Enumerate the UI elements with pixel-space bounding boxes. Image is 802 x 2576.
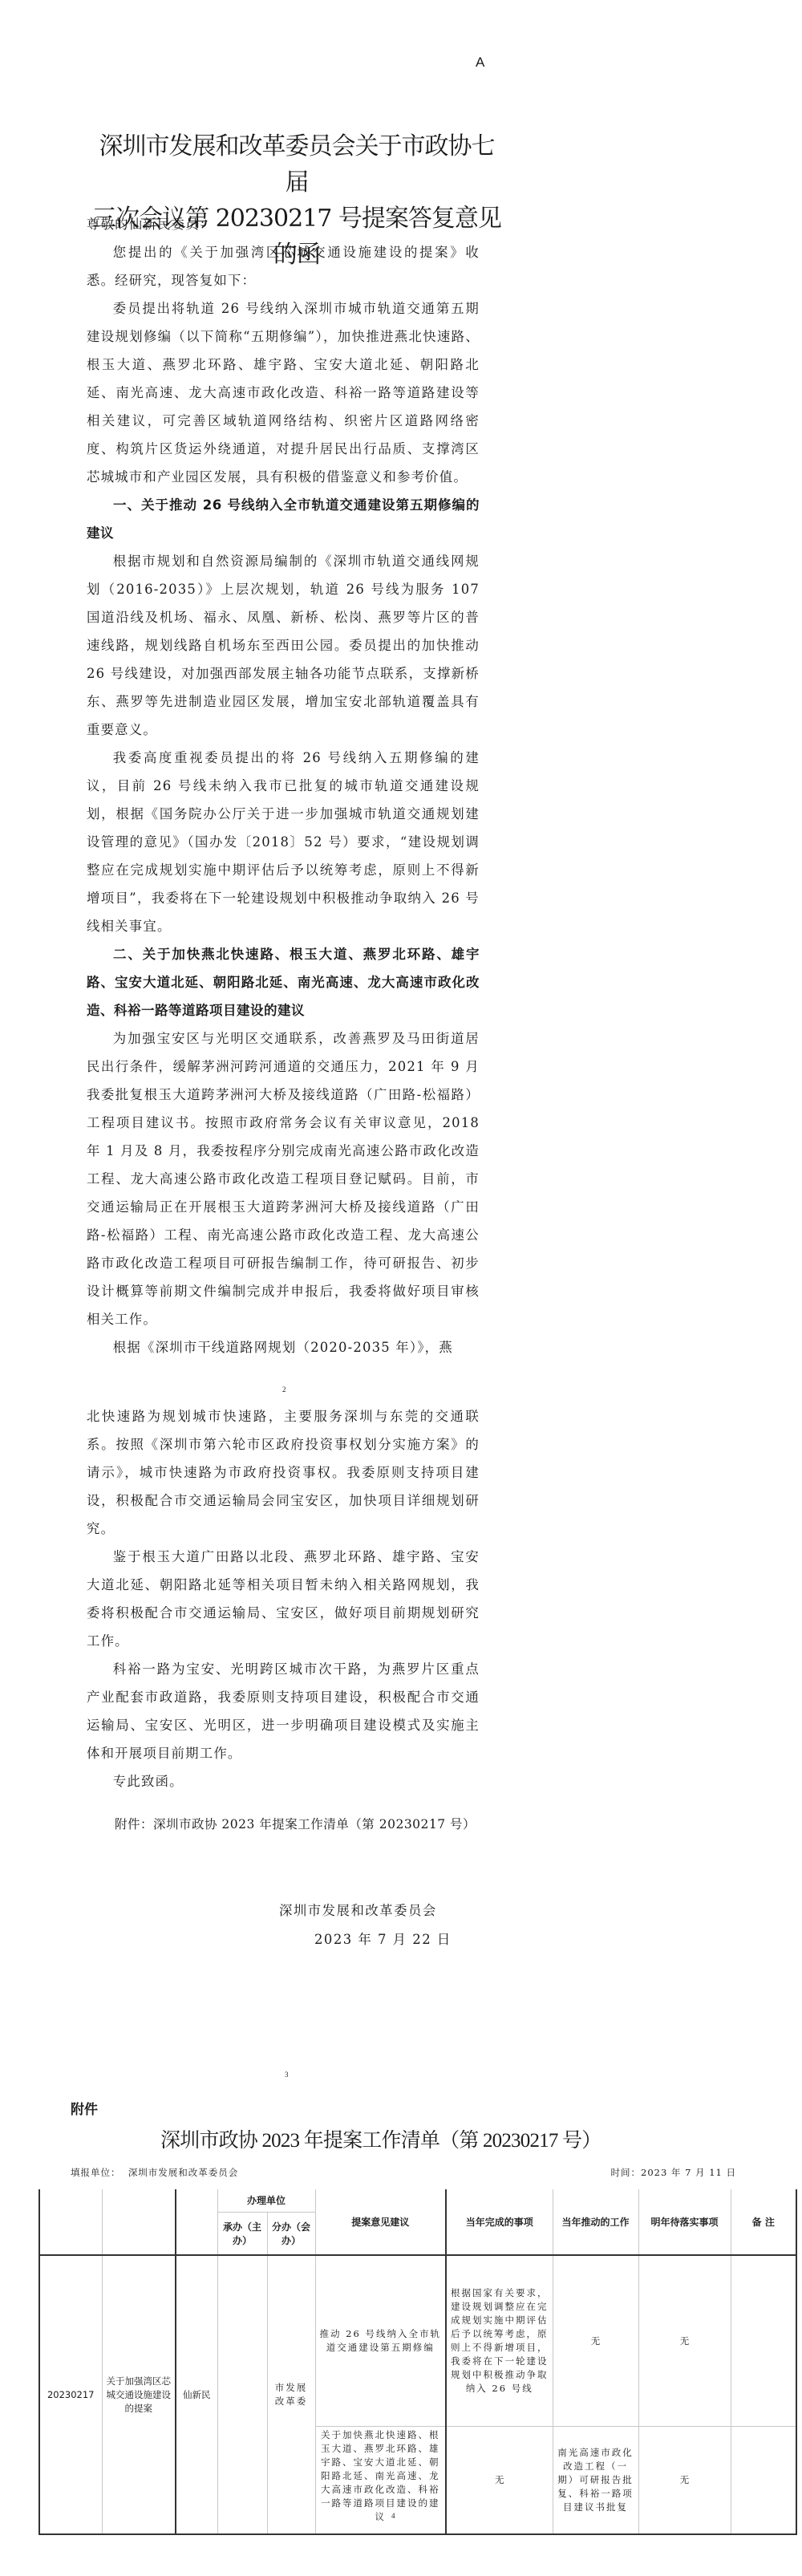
paragraph: 科裕一路为宝安、光明跨区城市次干路，为燕罗片区重点产业配套市政道路，我委原则支持… — [87, 1655, 480, 1767]
reporting-unit-value: 深圳市发展和改革委员会 — [128, 2167, 239, 2178]
host-unit — [217, 2255, 267, 2534]
header-remarks: 备 注 — [731, 2189, 796, 2255]
header-handling-unit: 办理单位 — [217, 2189, 315, 2212]
attachment-note: 附件：深圳市政协 2023 年提案工作清单（第 20230217 号） — [115, 1815, 476, 1832]
salutation: 尊敬的仙新民委员： — [87, 210, 480, 238]
header-col3 — [176, 2189, 217, 2255]
proposal-title: 关于加强湾区芯城交通设施建设的提案 — [102, 2255, 176, 2534]
attachment-label: 附件 — [71, 2098, 98, 2118]
attachment-title: 深圳市政协 2023 年提案工作清单（第 20230217 号） — [160, 2124, 601, 2153]
next-year-cell: 无 — [638, 2255, 731, 2426]
header-completed: 当年完成的事项 — [446, 2189, 553, 2255]
paragraph: 委员提出将轨道 26 号线纳入深圳市城市轨道交通第五期建设规划修编（以下简称“五… — [87, 294, 480, 491]
title-line-1: 深圳市发展和改革委员会关于市政协七届 — [99, 132, 495, 197]
section-heading-1: 一、关于推动 26 号线纳入全市轨道交通建设第五期修编的建议 — [87, 491, 480, 547]
report-date-value: 2023 年 7 月 11 日 — [641, 2167, 736, 2178]
paragraph: 鉴于根玉大道广田路以北段、燕罗北环路、雄宇路、宝安大道北延、朝阳路北延等相关项目… — [87, 1543, 480, 1655]
report-date: 时间：2023 年 7 月 11 日 — [611, 2166, 737, 2179]
report-date-label: 时间： — [611, 2167, 642, 2178]
header-col2 — [102, 2189, 176, 2255]
proposal-worklist-table: 办理单位 提案意见建议 当年完成的事项 当年推动的工作 明年待落实事项 备 注 … — [38, 2189, 797, 2535]
remarks-cell — [731, 2426, 796, 2534]
signature-date: 2023 年 7 月 22 日 — [314, 1929, 452, 1948]
suggestion-cell: 推动 26 号线纳入全市轨道交通建设第五期修编 — [315, 2255, 446, 2426]
reporting-unit: 填报单位： 深圳市发展和改革委员会 — [71, 2166, 238, 2179]
letter-body-page2: 北快速路为规划城市快速路，主要服务深圳与东莞的交通联系。按照《深圳市第六轮市区政… — [87, 1402, 480, 1795]
page-number: 4 — [391, 2512, 395, 2520]
section-heading-2: 二、关于加快燕北快速路、根玉大道、燕罗北环路、雄宇路、宝安大道北延、朝阳路北延、… — [87, 940, 480, 1024]
proposer: 仙新民 — [176, 2255, 217, 2534]
letter-body-page1: 尊敬的仙新民委员： 您提出的《关于加强湾区芯城交通设施建设的提案》收悉。经研究，… — [87, 210, 480, 1361]
paragraph: 根据《深圳市干线道路网规划（2020-2035 年）》，燕 — [87, 1333, 480, 1361]
completed-cell: 无 — [446, 2426, 553, 2534]
paragraph: 根据市规划和自然资源局编制的《深圳市轨道交通线网规划（2016-2035）》上层… — [87, 547, 480, 744]
header-host: 承办（主办） — [217, 2212, 267, 2255]
page-number: 2 — [282, 1385, 286, 1393]
proposal-number: 20230217 — [39, 2255, 102, 2534]
promoted-cell: 无 — [553, 2255, 638, 2426]
promoted-cell: 南光高速市政化改造工程（一期）可研报告批复、科裕一路项目建议书批复 — [553, 2426, 638, 2534]
header-promoted: 当年推动的工作 — [553, 2189, 638, 2255]
header-co: 分办（会办） — [267, 2212, 315, 2255]
table-row: 20230217 关于加强湾区芯城交通设施建设的提案 仙新民 市发展改革委 推动… — [39, 2255, 796, 2426]
signature-org: 深圳市发展和改革委员会 — [279, 1900, 437, 1919]
paragraph: 为加强宝安区与光明区交通联系，改善燕罗及马田街道居民出行条件，缓解茅洲河跨河通道… — [87, 1024, 480, 1333]
suggestion-cell: 关于加快燕北快速路、根玉大道、燕罗北环路、雄宇路、宝安大道北延、朝阳路北延、南光… — [315, 2426, 446, 2534]
corner-mark: A — [476, 55, 484, 71]
page-number: 3 — [285, 2071, 289, 2079]
co-unit: 市发展改革委 — [267, 2255, 315, 2534]
paragraph: 北快速路为规划城市快速路，主要服务深圳与东莞的交通联系。按照《深圳市第六轮市区政… — [87, 1402, 480, 1543]
completed-cell: 根据国家有关要求，建设规划调整应在完成规划实施中期评估后予以统筹考虑，原则上不得… — [446, 2255, 553, 2426]
header-next-year: 明年待落实事项 — [638, 2189, 731, 2255]
paragraph: 您提出的《关于加强湾区芯城交通设施建设的提案》收悉。经研究，现答复如下： — [87, 238, 480, 294]
closing: 专此致函。 — [87, 1767, 480, 1795]
remarks-cell — [731, 2255, 796, 2426]
reporting-unit-label: 填报单位： — [71, 2167, 121, 2178]
header-suggestion: 提案意见建议 — [315, 2189, 446, 2255]
next-year-cell: 无 — [638, 2426, 731, 2534]
header-col1 — [39, 2189, 102, 2255]
paragraph: 我委高度重视委员提出的将 26 号线纳入五期修编的建议，目前 26 号线未纳入我… — [87, 744, 480, 940]
